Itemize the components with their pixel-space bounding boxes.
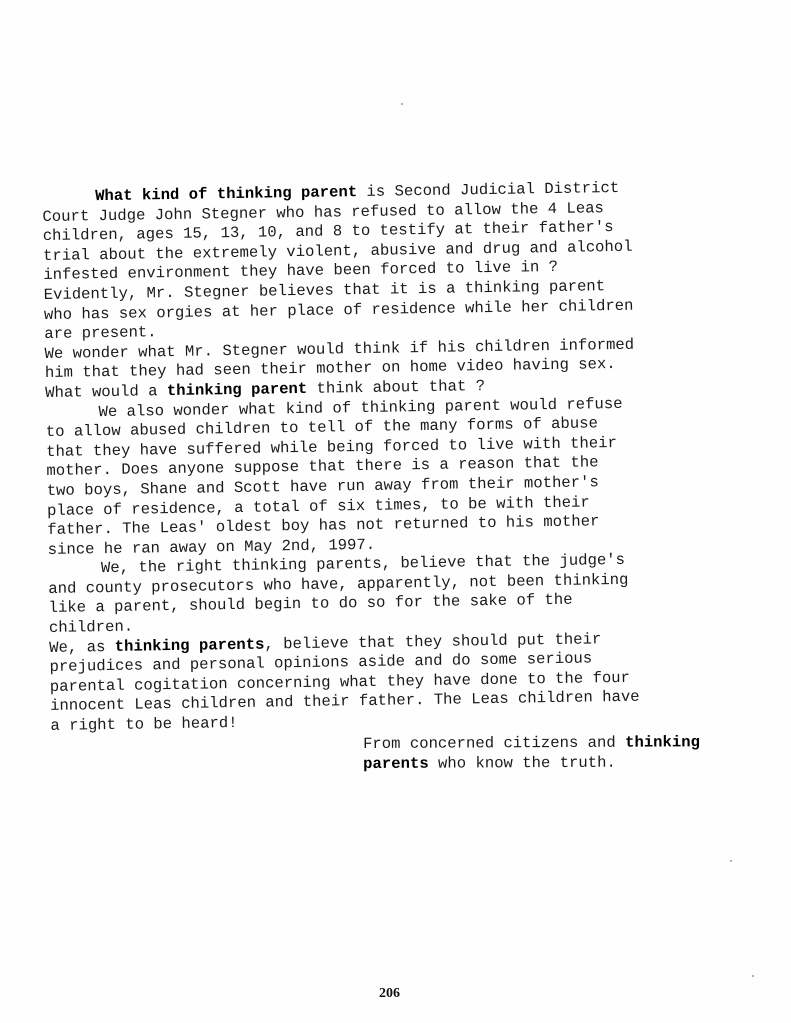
text-run: We, as bbox=[49, 638, 115, 657]
scan-speck bbox=[752, 975, 754, 977]
scan-speck bbox=[730, 860, 732, 862]
text-run: is Second Judicial District bbox=[357, 179, 619, 201]
text-run: think about that ? bbox=[307, 377, 485, 398]
emphasis-text: thinking bbox=[625, 733, 700, 751]
closing-line: parents who know the truth. bbox=[363, 752, 700, 774]
text-run: are present. bbox=[44, 323, 157, 343]
text-run: What would a bbox=[45, 382, 167, 402]
emphasis-text: thinking parents bbox=[115, 635, 265, 655]
text-run: children. bbox=[49, 618, 134, 637]
emphasis-text: parents bbox=[363, 755, 429, 773]
emphasis-text: thinking parent bbox=[167, 380, 308, 400]
document-page: What kind of thinking parent is Second J… bbox=[0, 0, 791, 1023]
text-run: a right to be heard! bbox=[50, 714, 237, 735]
emphasis-text: What kind of thinking parent bbox=[95, 183, 357, 205]
paragraph: What kind of thinking parent is Second J… bbox=[42, 177, 764, 345]
text-run: who know the truth. bbox=[429, 754, 616, 773]
closing-line: From concerned citizens and thinking bbox=[363, 732, 700, 754]
paragraph: We also wonder what kind of thinking par… bbox=[45, 392, 767, 560]
letter-body: What kind of thinking parent is Second J… bbox=[42, 177, 771, 737]
closing-signature: From concerned citizens and thinkingpare… bbox=[363, 732, 700, 774]
page-number: 206 bbox=[379, 986, 400, 1002]
paragraph: We, the right thinking parents, believe … bbox=[48, 549, 769, 639]
scan-speck bbox=[401, 103, 403, 105]
paragraph: We, as thinking parents, believe that th… bbox=[49, 627, 770, 736]
text-run: From concerned citizens and bbox=[363, 734, 625, 753]
